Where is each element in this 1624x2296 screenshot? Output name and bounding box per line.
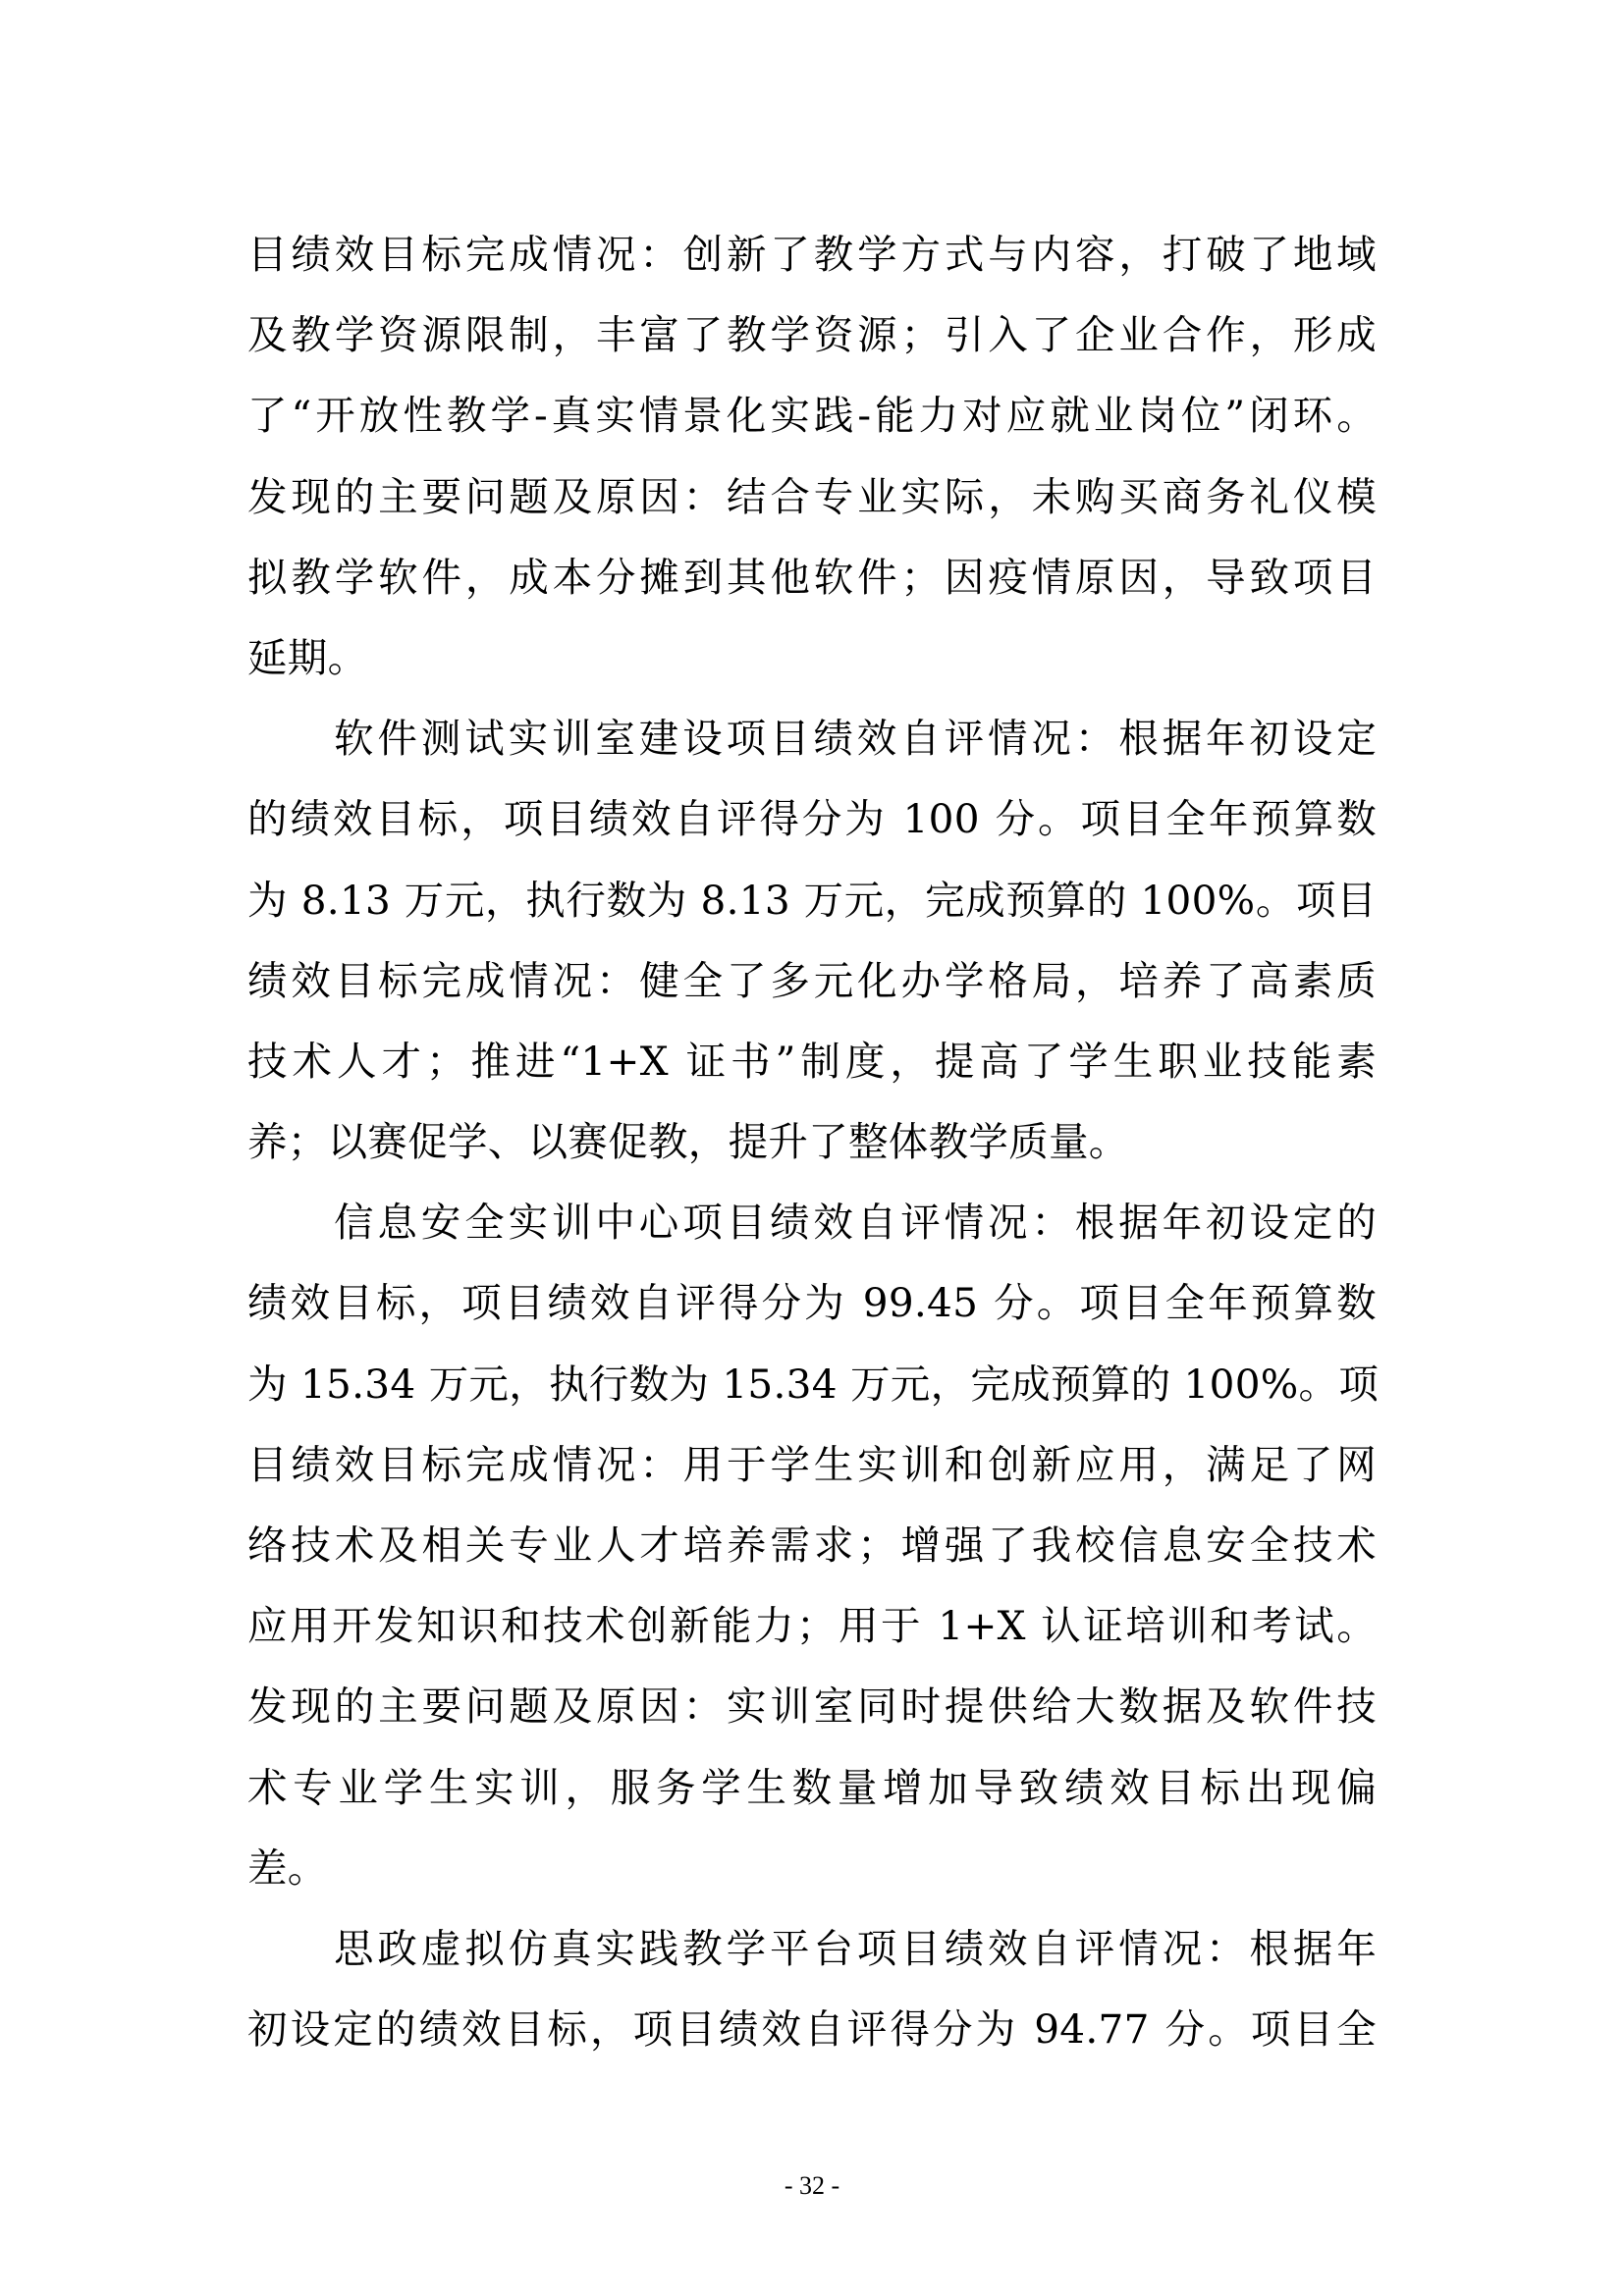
text-line: 信息安全实训中心项目绩效自评情况：根据年初设定的 — [247, 1182, 1377, 1262]
text-line: 软件测试实训室建设项目绩效自评情况：根据年初设定 — [247, 698, 1377, 778]
text-line: 目绩效目标完成情况：用于学生实训和创新应用，满足了网 — [247, 1424, 1377, 1505]
text-line: 初设定的绩效目标，项目绩效自评得分为 94.77 分。项目全 — [247, 1989, 1377, 2069]
paragraph-software-testing-lab: 软件测试实训室建设项目绩效自评情况：根据年初设定 的绩效目标，项目绩效自评得分为… — [247, 698, 1377, 1182]
text-line: 及教学资源限制，丰富了教学资源；引入了企业合作，形成 — [247, 294, 1377, 375]
text-line: 延期。 — [247, 617, 1377, 698]
text-line: 络技术及相关专业人才培养需求；增强了我校信息安全技术 — [247, 1505, 1377, 1585]
page-number: - 32 - — [0, 2169, 1624, 2203]
text-line: 思政虚拟仿真实践教学平台项目绩效自评情况：根据年 — [247, 1908, 1377, 1989]
paragraph-ideological-simulation-platform: 思政虚拟仿真实践教学平台项目绩效自评情况：根据年 初设定的绩效目标，项目绩效自评… — [247, 1908, 1377, 2069]
text-line: 了“开放性教学-真实情景化实践-能力对应就业岗位”闭环。 — [247, 375, 1377, 455]
text-line: 的绩效目标，项目绩效自评得分为 100 分。项目全年预算数 — [247, 778, 1377, 859]
text-line: 拟教学软件，成本分摊到其他软件；因疫情原因，导致项目 — [247, 537, 1377, 617]
text-line: 应用开发知识和技术创新能力；用于 1+X 认证培训和考试。 — [247, 1585, 1377, 1666]
text-line: 技术人才；推进“1+X 证书”制度，提高了学生职业技能素 — [247, 1021, 1377, 1101]
document-page: 目绩效目标完成情况：创新了教学方式与内容，打破了地域 及教学资源限制，丰富了教学… — [0, 0, 1624, 2296]
text-line: 绩效目标，项目绩效自评得分为 99.45 分。项目全年预算数 — [247, 1262, 1377, 1343]
paragraph-info-security-center: 信息安全实训中心项目绩效自评情况：根据年初设定的 绩效目标，项目绩效自评得分为 … — [247, 1182, 1377, 1908]
text-line: 绩效目标完成情况：健全了多元化办学格局，培养了高素质 — [247, 940, 1377, 1021]
text-line: 为 8.13 万元，执行数为 8.13 万元，完成预算的 100%。项目 — [247, 860, 1377, 940]
text-line: 术专业学生实训，服务学生数量增加导致绩效目标出现偏 — [247, 1747, 1377, 1828]
text-line: 差。 — [247, 1828, 1377, 1908]
text-line: 养；以赛促学、以赛促教，提升了整体教学质量。 — [247, 1101, 1377, 1182]
body-text: 目绩效目标完成情况：创新了教学方式与内容，打破了地域 及教学资源限制，丰富了教学… — [247, 214, 1377, 2069]
text-line: 为 15.34 万元，执行数为 15.34 万元，完成预算的 100%。项 — [247, 1344, 1377, 1424]
text-line: 发现的主要问题及原因：结合专业实际，未购买商务礼仪模 — [247, 456, 1377, 537]
text-line: 发现的主要问题及原因：实训室同时提供给大数据及软件技 — [247, 1666, 1377, 1746]
paragraph-continuation: 目绩效目标完成情况：创新了教学方式与内容，打破了地域 及教学资源限制，丰富了教学… — [247, 214, 1377, 698]
text-line: 目绩效目标完成情况：创新了教学方式与内容，打破了地域 — [247, 214, 1377, 294]
